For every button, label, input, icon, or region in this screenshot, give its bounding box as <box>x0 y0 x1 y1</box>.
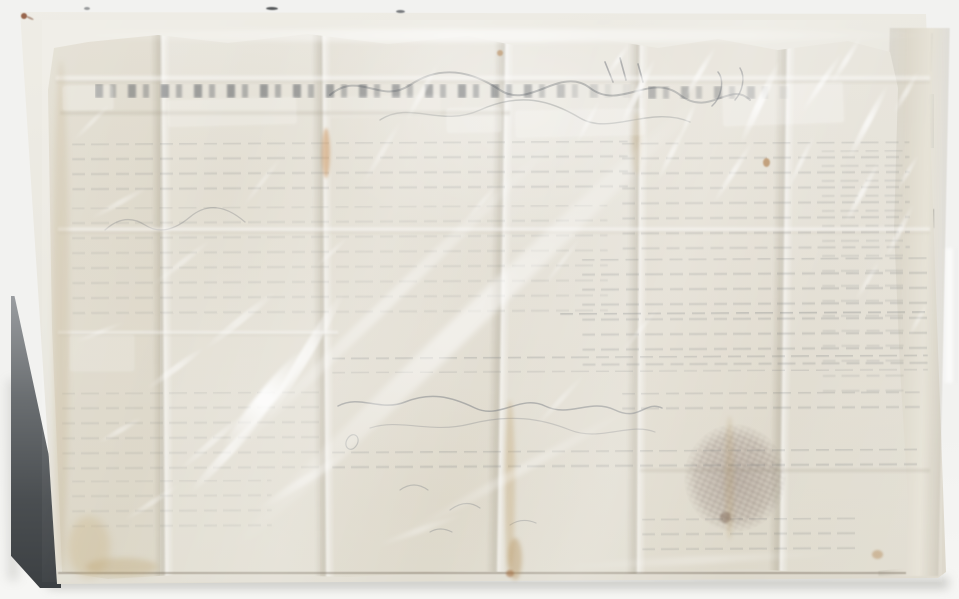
fold-crease <box>150 28 174 580</box>
edge-speck <box>396 10 405 13</box>
fold-crease <box>626 28 649 580</box>
document-bottom-edge <box>58 572 906 574</box>
vellum-document <box>48 28 910 580</box>
fold-crease <box>768 28 796 580</box>
fold-crease <box>311 28 335 580</box>
fold-crease <box>486 28 515 580</box>
edge-speck <box>84 7 90 10</box>
photograph-antique-document: Photograph of an antique folded vellum d… <box>0 0 959 599</box>
photo-caption: Photograph of an antique folded vellum d… <box>0 0 1 1</box>
edge-speck <box>266 7 278 10</box>
